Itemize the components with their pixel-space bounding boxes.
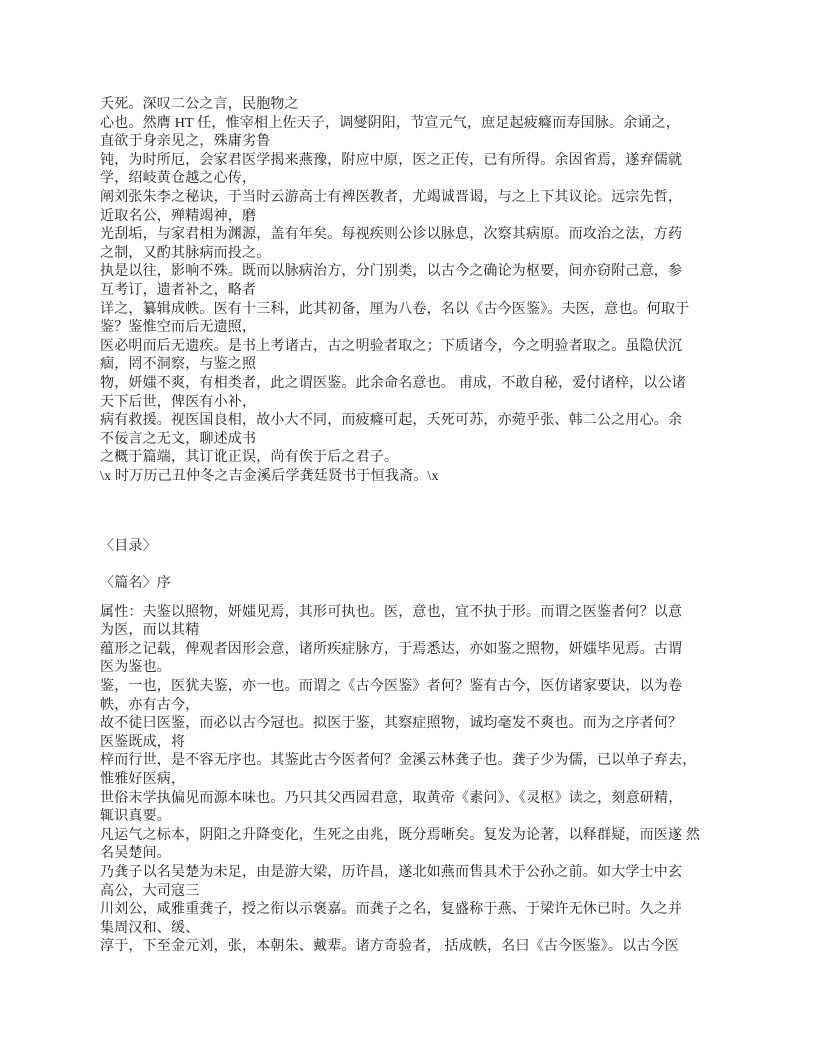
text-line: 详之，纂辑成帙。医有十三科，此其初备，厘为八卷，名以《古今医鉴》。夫医，意也。何…: [100, 301, 740, 320]
text-line: 不佞言之无文，聊述成书: [100, 431, 740, 450]
toc-marker: 〈目录〉: [100, 538, 740, 557]
text-line: 光刮垢，与家君相为渊源，盖有年矣。每视疾则公诊以脉息，次察其病原。而攻治之法，方…: [100, 226, 740, 245]
text-line: 名吴楚间。: [100, 845, 740, 864]
text-line: 近取名公，殚精竭神，磨: [100, 208, 740, 227]
text-line: 钝，为时所厄，会家君医学揭来燕豫，附应中原，医之正传，已有所得。余因省焉，遂弃儒…: [100, 152, 740, 171]
document-page: 夭死。深叹二公之言，民胞物之心也。然膺 HT 任，惟宰相上佐天子，调燮阴阳，节宣…: [0, 0, 816, 1056]
chapter-marker: 〈篇名〉序: [100, 575, 740, 594]
section-gap: [100, 557, 740, 575]
text-line: 凡运气之标本，阴阳之升降变化，生死之由兆，既分焉晰矣。复发为论著，以释群疑，而医…: [100, 827, 740, 846]
text-line: 执是以往，影响不殊。既而以脉病治方，分门别类，以古今之确论为枢要，间亦窃附己意，…: [100, 263, 740, 282]
text-line: 川刘公，咸雅重龚子，授之衔以示褒嘉。而龚子之名，复盛称于燕、于梁许无休已时。久之…: [100, 901, 740, 920]
text-line: 痼，罔不洞察，与鉴之照: [100, 356, 740, 375]
text-line: 心也。然膺 HT 任，惟宰相上佐天子，调燮阴阳，节宣元气，庶足起疲癃而寿国脉。余…: [100, 115, 740, 134]
text-line: 鉴？鉴惟空而后无遗照，: [100, 319, 740, 338]
text-line: 天下后世，俾医有小补，: [100, 394, 740, 413]
section-gap: [100, 486, 740, 538]
text-line: 医必明而后无遗疾。是书上考诸古，古之明验者取之；下质诸今，今之明验者取之。虽隐伏…: [100, 338, 740, 357]
text-line: 乃龚子以名吴楚为未足，由是游大梁，历许昌，遂北如燕而售具术于公孙之前。如大学士中…: [100, 864, 740, 883]
text-line: 鉴，一也，医犹夫鉴，亦一也。而谓之《古今医鉴》者何？鉴有古今，医仿诸家要诀，以为…: [100, 678, 740, 697]
text-line: 之制，又酌其脉病而投之。: [100, 245, 740, 264]
text-line: 夭死。深叹二公之言，民胞物之: [100, 96, 740, 115]
text-line: 集周汉和、缓、: [100, 920, 740, 939]
text-line: 蕴形之记载，俾观者因形会意，诸所疾症脉方，于焉悉达，亦如鉴之照物，妍媸毕见焉。古…: [100, 641, 740, 660]
text-line: 互考订，遗者补之，略者: [100, 282, 740, 301]
section-gap: [100, 594, 740, 604]
text-line: 梓而行世，是不容无序也。其鉴此古今医者何？金溪云林龚子也。龚子少为儒，已以单子弃…: [100, 752, 740, 771]
text-line: 为医，而以其精: [100, 622, 740, 641]
text-line: 淳于，下至金元刘，张，本朝朱、戴辈。诸方奇验者， 括成帙，名曰《古今医鉴》。以古…: [100, 938, 740, 957]
preface-paragraph: 夭死。深叹二公之言，民胞物之心也。然膺 HT 任，惟宰相上佐天子，调燮阴阳，节宣…: [100, 96, 740, 486]
text-line: 世俗末学执偏见而源本味也。乃只其父西园君意，取黄帝《素问》、《灵枢》读之，刻意研…: [100, 790, 740, 809]
text-line: 故不徒曰医鉴，而必以古今冠也。拟医于鉴，其察症照物，诚均毫发不爽也。而为之序者何…: [100, 715, 740, 734]
text-line: 之概于篇端，其订讹正误，尚有俟于后之君子。: [100, 449, 740, 468]
text-line: 惟雅好医病，: [100, 771, 740, 790]
text-line: \x 时万历己丑仲冬之吉金溪后学龚廷贤书于恒我斋。\x: [100, 468, 740, 487]
text-line: 属性：夫鉴以照物，妍媸见焉，其形可执也。医，意也，宜不执于形。而谓之医鉴者何？以…: [100, 604, 740, 623]
text-line: 直欲于身亲见之，殊庸劣鲁: [100, 133, 740, 152]
text-line: 高公，大司寇三: [100, 883, 740, 902]
text-line: 学，绍岐黄仓越之心传，: [100, 170, 740, 189]
text-line: 病有救援。视医国良相，故小大不同，而疲癃可起，夭死可苏，亦菀乎张、韩二公之用心。…: [100, 412, 740, 431]
text-line: 医鉴既成，将: [100, 734, 740, 753]
text-line: 阐刘张朱李之秘诀，于当时云游高士有裨医教者，尤竭诚晋谒，与之上下其议论。远宗先哲…: [100, 189, 740, 208]
text-content: 夭死。深叹二公之言，民胞物之心也。然膺 HT 任，惟宰相上佐天子，调燮阴阳，节宣…: [100, 96, 740, 957]
body-paragraph: 属性：夫鉴以照物，妍媸见焉，其形可执也。医，意也，宜不执于形。而谓之医鉴者何？以…: [100, 604, 740, 957]
text-line: 物，妍媸不爽，有相类者，此之谓医鉴。此余命名意也。 甫成，不敢自秘，爱付诸梓，以…: [100, 375, 740, 394]
text-line: 帙，亦有古今，: [100, 697, 740, 716]
text-line: 辄识真要。: [100, 808, 740, 827]
text-line: 医为鉴也。: [100, 659, 740, 678]
